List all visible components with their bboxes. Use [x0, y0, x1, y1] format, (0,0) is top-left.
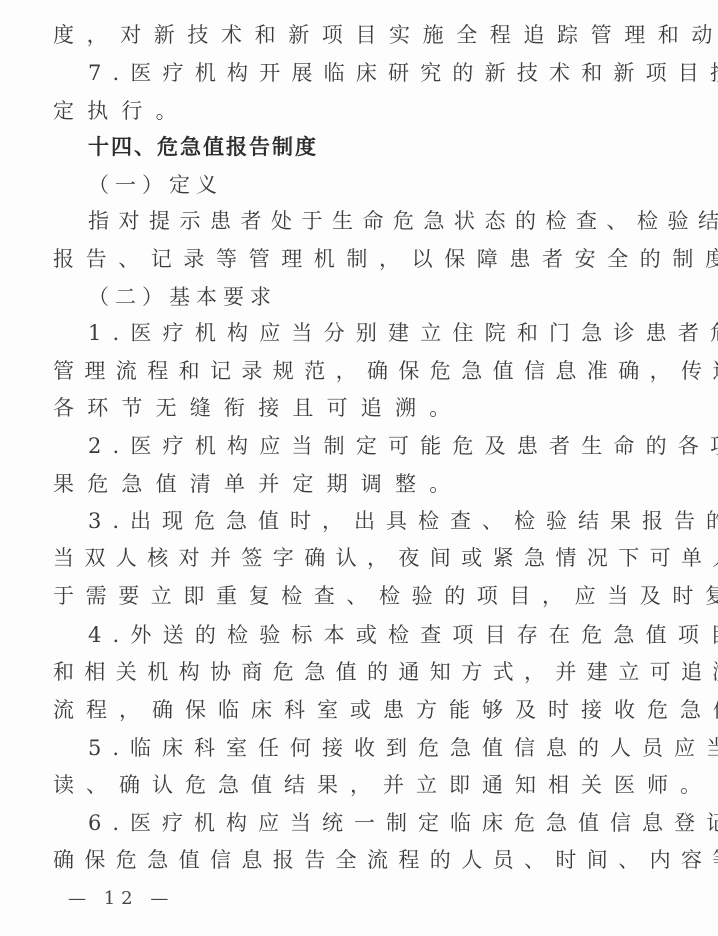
- section-heading: 十四、危急值报告制度: [88, 134, 688, 160]
- paragraph-line: 各环节无缝衔接且可追溯。: [53, 395, 653, 421]
- paragraph-line: 当双人核对并签字确认，夜间或紧急情况下可单人双次核对。对: [53, 545, 653, 571]
- paragraph-line: 1.医疗机构应当分别建立住院和门急诊患者危急值报告具体: [88, 320, 688, 346]
- paragraph-line: 度，对新技术和新项目实施全程追踪管理和动态评估。: [53, 22, 653, 48]
- paragraph-line: 于需要立即重复检查、检验的项目，应当及时复检并核对。: [53, 583, 653, 609]
- document-page: 度，对新技术和新项目实施全程追踪管理和动态评估。 7.医疗机构开展临床研究的新技…: [0, 0, 718, 936]
- paragraph-line: 报告、记录等管理机制，以保障患者安全的制度。: [53, 246, 653, 272]
- paragraph-line: 3.出现危急值时，出具检查、检验结果报告的部门报出前，应: [88, 508, 688, 534]
- paragraph-line: 指对提示患者处于生命危急状态的检查、检验结果建立复核、: [88, 208, 688, 234]
- paragraph-line: 定执行。: [53, 98, 653, 124]
- paragraph-line: 管理流程和记录规范，确保危急值信息准确，传递及时，信息传递: [53, 358, 653, 384]
- paragraph-line: 果危急值清单并定期调整。: [53, 471, 653, 497]
- paragraph-line: 7.医疗机构开展临床研究的新技术和新项目按照国家有关规: [88, 60, 688, 86]
- paragraph-line: 6.医疗机构应当统一制定临床危急值信息登记专册和模板，: [88, 810, 688, 836]
- paragraph-line: 和相关机构协商危急值的通知方式，并建立可追溯的危急值报告: [53, 659, 653, 685]
- paragraph-line: 2.医疗机构应当制定可能危及患者生命的各项检查、检验结: [88, 433, 688, 459]
- paragraph-line: 5.临床科室任何接收到危急值信息的人员应当准确记录、复: [88, 735, 688, 761]
- paragraph-line: 确保危急值信息报告全流程的人员、时间、内容等关键要素可: [53, 847, 653, 873]
- paragraph-line: 4.外送的检验标本或检查项目存在危急值项目的，医院应当: [88, 622, 688, 648]
- subsection-heading: （二）基本要求: [88, 284, 688, 310]
- paragraph-line: 流程，确保临床科室或患方能够及时接收危急值。: [53, 697, 653, 723]
- subsection-heading: （一）定义: [88, 172, 688, 198]
- page-number: — 12 —: [68, 888, 174, 909]
- paragraph-line: 读、确认危急值结果，并立即通知相关医师。: [53, 772, 653, 798]
